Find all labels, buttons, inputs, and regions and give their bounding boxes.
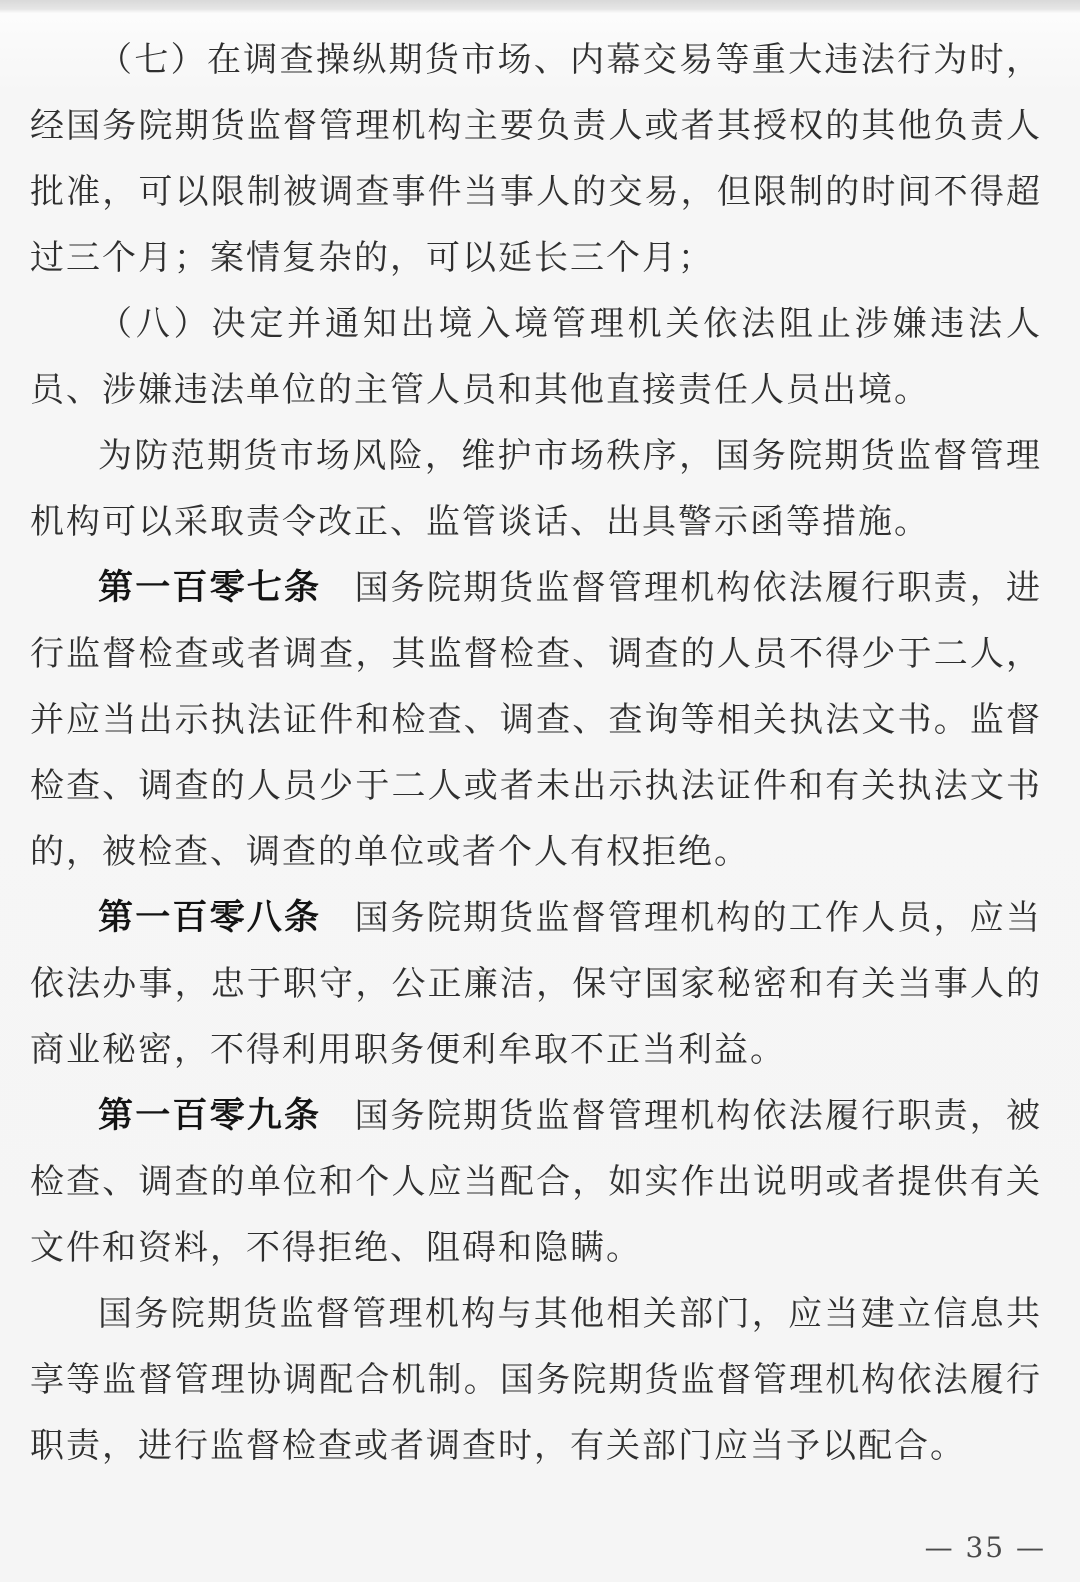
paragraph-text: 为防范期货市场风险，维护市场秩序，国务院期货监督管理机构可以采取责令改正、监管谈… [30,436,1042,542]
paragraph-article-109: 第一百零九条国务院期货监督管理机构依法履行职责，被检查、调查的单位和个人应当配合… [30,1083,1042,1281]
paragraph: 为防范期货市场风险，维护市场秩序，国务院期货监督管理机构可以采取责令改正、监管谈… [30,423,1042,555]
document-page: （七）在调查操纵期货市场、内幕交易等重大违法行为时，经国务院期货监督管理机构主要… [0,0,1080,1582]
article-number: 第一百零八条 [98,898,321,938]
paragraph: （七）在调查操纵期货市场、内幕交易等重大违法行为时，经国务院期货监督管理机构主要… [30,27,1042,291]
paragraph-text: （七）在调查操纵期货市场、内幕交易等重大违法行为时，经国务院期货监督管理机构主要… [30,40,1042,278]
paragraph-article-107: 第一百零七条国务院期货监督管理机构依法履行职责，进行监督检查或者调查，其监督检查… [30,555,1042,885]
article-number: 第一百零七条 [98,568,321,608]
paragraph-text: （八）决定并通知出境入境管理机关依法阻止涉嫌违法人员、涉嫌违法单位的主管人员和其… [30,304,1042,410]
page-number: — 35 — [925,1531,1046,1564]
paragraph-text: 国务院期货监督管理机构与其他相关部门，应当建立信息共享等监督管理协调配合机制。国… [30,1294,1042,1466]
document-body: （七）在调查操纵期货市场、内幕交易等重大违法行为时，经国务院期货监督管理机构主要… [0,13,1080,1479]
paragraph-article-108: 第一百零八条国务院期货监督管理机构的工作人员，应当依法办事，忠于职守，公正廉洁，… [30,885,1042,1083]
scan-edge-band [0,0,1080,13]
paragraph-text: 国务院期货监督管理机构依法履行职责，进行监督检查或者调查，其监督检查、调查的人员… [30,568,1042,872]
paragraph: （八）决定并通知出境入境管理机关依法阻止涉嫌违法人员、涉嫌违法单位的主管人员和其… [30,291,1042,423]
paragraph: 国务院期货监督管理机构与其他相关部门，应当建立信息共享等监督管理协调配合机制。国… [30,1281,1042,1479]
article-number: 第一百零九条 [98,1096,321,1136]
